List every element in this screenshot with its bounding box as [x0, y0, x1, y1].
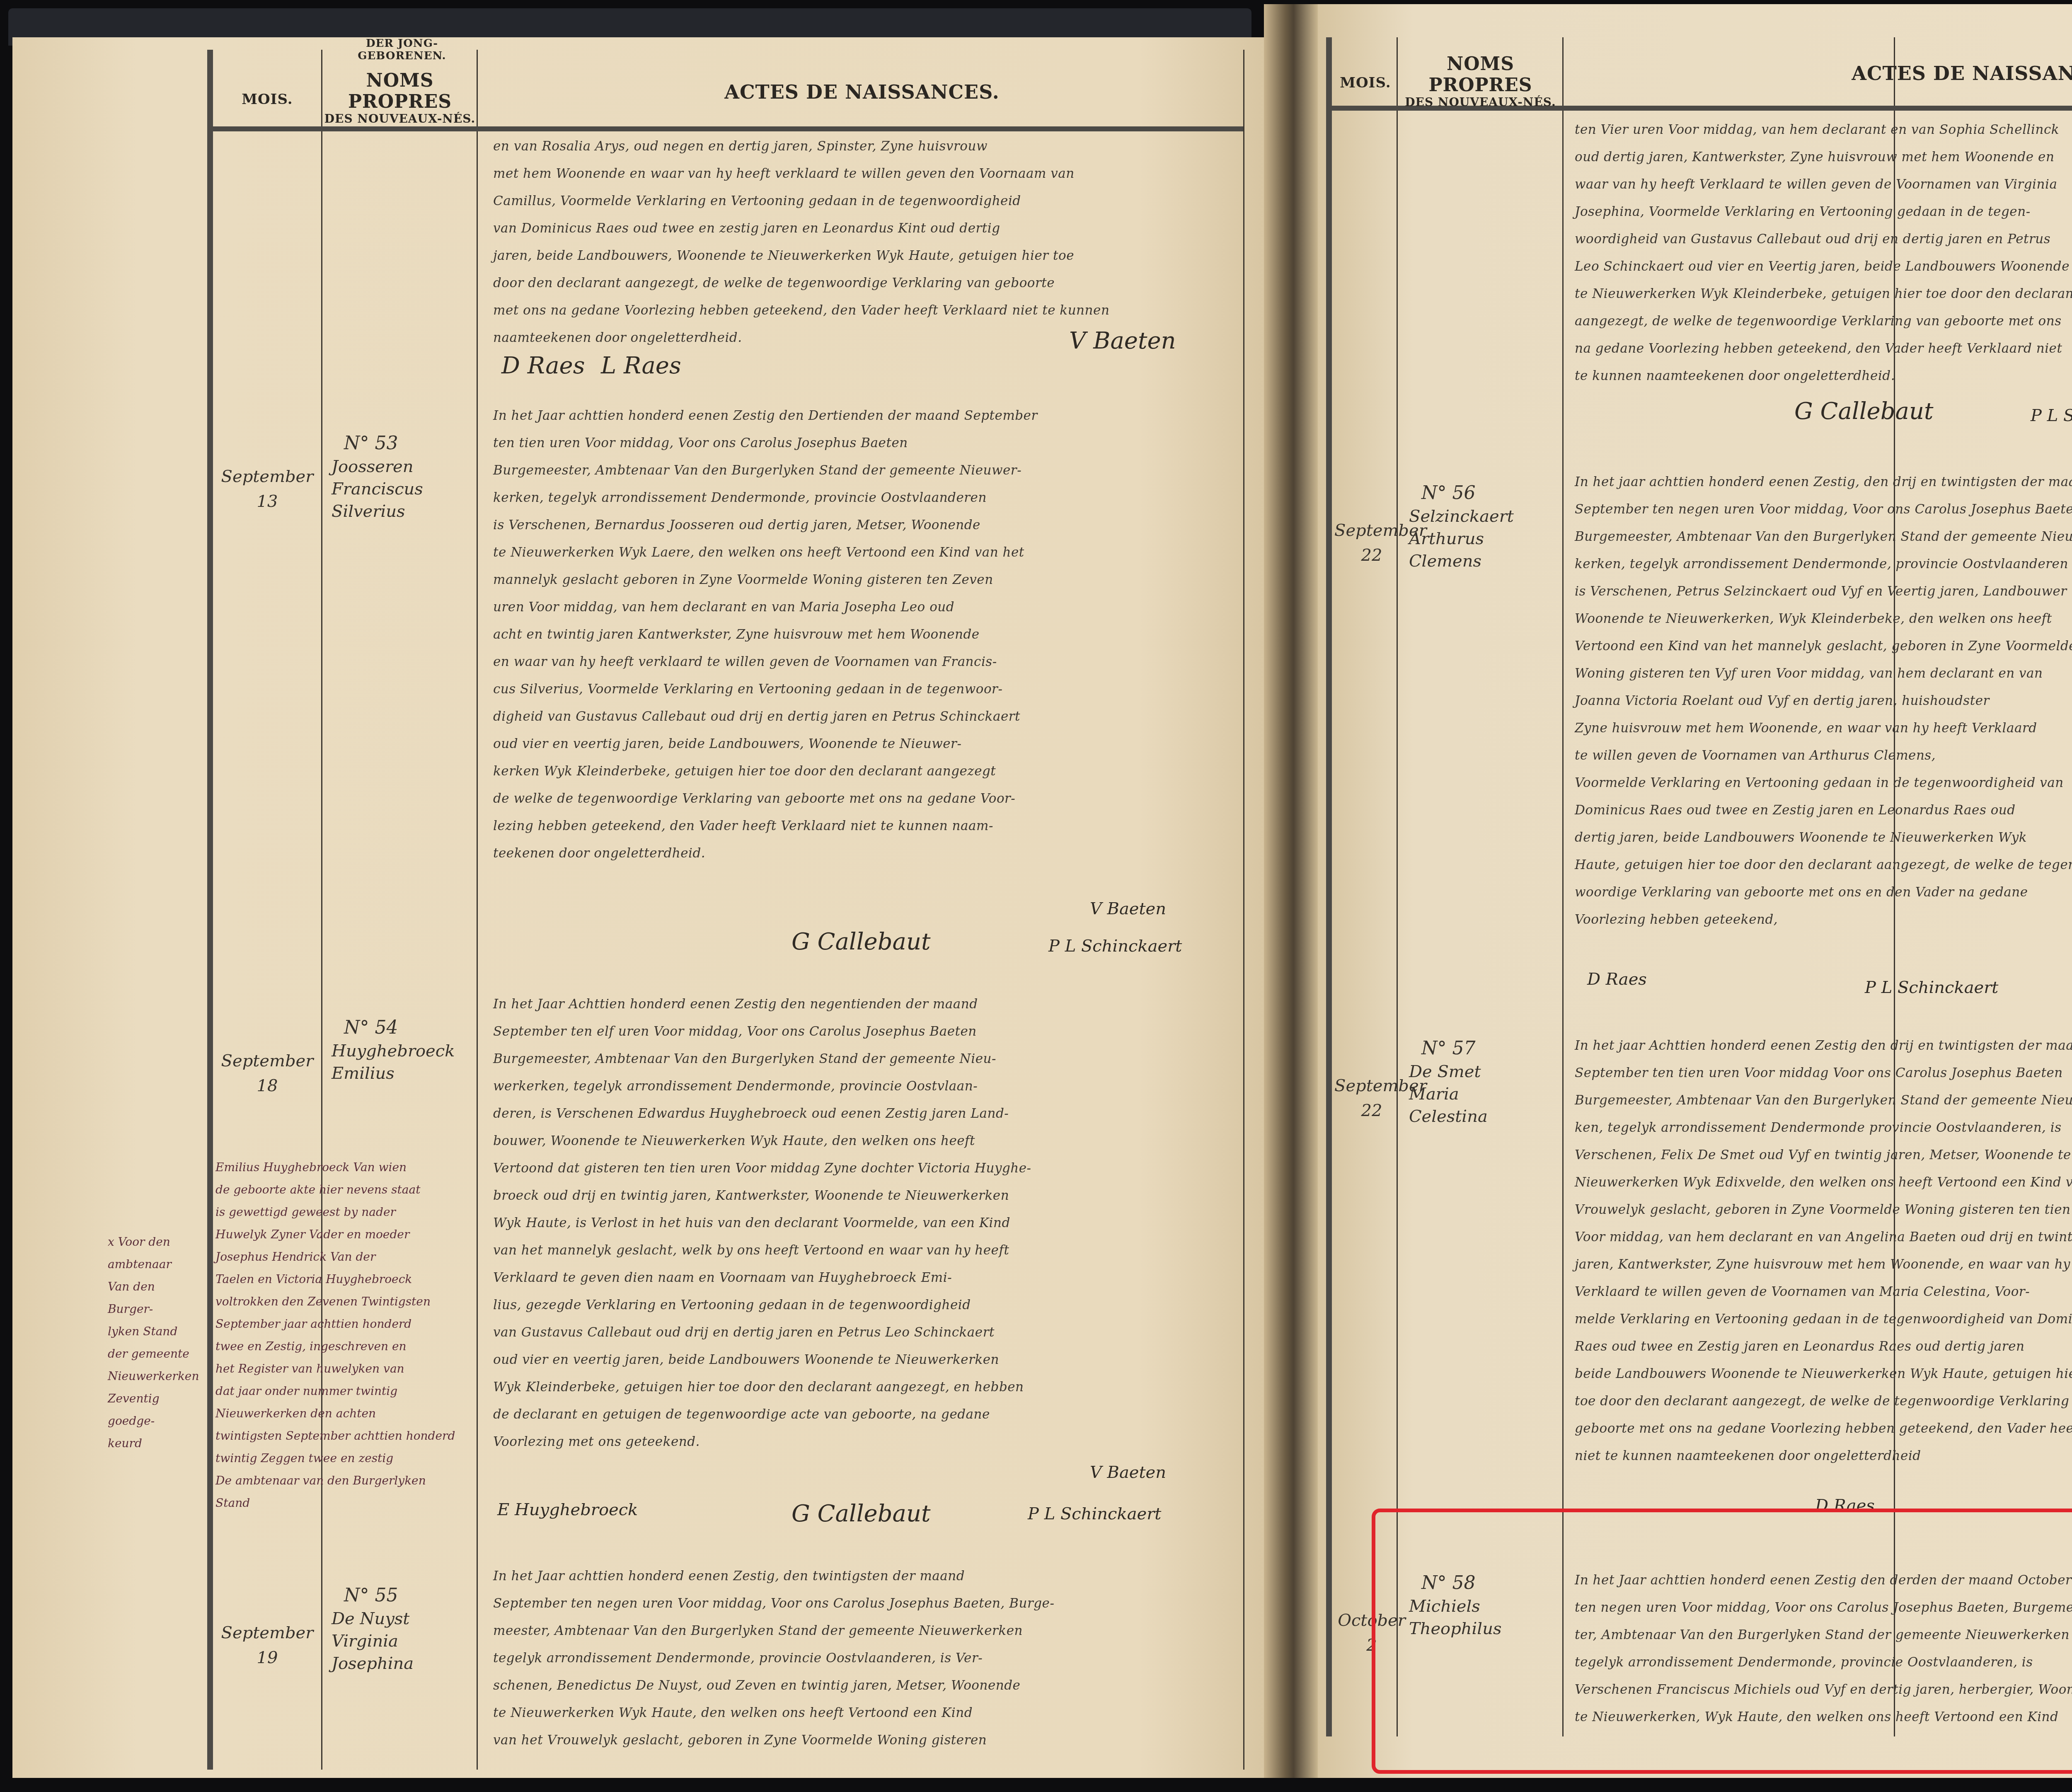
text-line: de declarant en getuigen de tegenwoordig… [493, 1401, 1239, 1428]
note-line: is gewettigd geweest by nader [215, 1201, 472, 1223]
text-line: en waar van hy heeft verklaard te willen… [493, 648, 1239, 676]
right-continuation-text: ten Vier uren Voor middag, van hem decla… [1575, 116, 2072, 390]
text-line: kerken Wyk Kleinderbeke, getuigen hier t… [493, 758, 1239, 785]
note-line: het Register van huwelyken van [215, 1358, 472, 1380]
text-line: deren, is Verschenen Edwardus Huyghebroe… [493, 1100, 1239, 1127]
text-line: kerken, tegelyk arrondissement Dendermon… [493, 484, 1239, 511]
text-line: Leo Schinckaert oud vier en Veertig jare… [1575, 253, 2072, 280]
left-page: DER JONG-GEBORENEN. MOIS. NOMS PROPRES D… [12, 37, 1264, 1778]
signature-callebaut-2: G Callebaut [792, 1500, 931, 1527]
entry-55-date: September 19 [211, 1620, 323, 1670]
note-line: twintigsten September achttien honderd [215, 1425, 472, 1447]
note-line: voltrokken den Zevenen Twintigsten [215, 1291, 472, 1313]
entry-day: 19 [211, 1645, 323, 1670]
text-line: kerken, tegelyk arrondissement Dendermon… [1575, 550, 2072, 578]
note-line: Nieuwerkerken den achten [215, 1402, 472, 1425]
note-line: De ambtenaar van den Burgerlyken [215, 1470, 472, 1492]
entry-day: 22 [1334, 543, 1409, 568]
text-line: Josephina, Voormelde Verklaring en Verto… [1575, 198, 2072, 225]
text-line: meester, Ambtenaar Van den Burgerlyken S… [493, 1617, 1239, 1644]
text-line: Zyne huisvrouw met hem Woonende, en waar… [1575, 714, 2072, 742]
name-line: Virginia [332, 1630, 506, 1652]
text-line: met hem Woonende en waar van hy heeft ve… [493, 160, 1239, 187]
text-line: met ons na gedane Voorlezing hebben gete… [493, 297, 1239, 324]
entry-53-date: September 13 [211, 464, 323, 514]
text-line: Raes oud twee en Zestig jaren en Leonard… [1575, 1333, 2072, 1360]
signature-d-raes: D Raes [501, 352, 585, 379]
entry-56-date: September 22 [1334, 518, 1409, 568]
signature-baeten-2: V Baeten [1090, 1463, 1166, 1482]
note-line: Nieuwerkerken [108, 1365, 199, 1388]
text-line: van het mannelyk geslacht, welk by ons h… [493, 1237, 1239, 1264]
text-line: lius, gezegde Verklaring en Vertooning g… [493, 1291, 1239, 1319]
header-noms-line2: DES NOUVEAUX-NÉS. [1399, 96, 1562, 109]
entry-54-name: N° 54 Huyghebroeck Emilius [332, 1015, 506, 1085]
text-line: te Nieuwerkerken Wyk Kleinderbeke, getui… [1575, 280, 2072, 308]
signature-schinckaert-2: P L Schinckaert [1028, 1504, 1161, 1523]
text-line: melde Verklaring en Vertooning gedaan in… [1575, 1305, 2072, 1333]
name-line: Arthurus [1409, 528, 1575, 550]
column-divider-mois [1397, 37, 1398, 1736]
text-line: Voorlezing hebben geteekend, [1575, 906, 2072, 933]
text-line: dertig jaren, beide Landbouwers Woonende… [1575, 824, 2072, 851]
left-margin-rule [207, 50, 213, 1770]
note-line: Zeventig goedge- [108, 1388, 199, 1432]
signature-callebaut: G Callebaut [792, 928, 931, 955]
text-line: oud vier en veertig jaren, beide Landbou… [493, 1346, 1239, 1373]
text-line: Voormelde Verklaring en Vertooning gedaa… [1575, 769, 2072, 797]
text-line: Burgemeester, Ambtenaar Van den Burgerly… [493, 457, 1239, 484]
entry-53-text: In het Jaar achttien honderd eenen Zesti… [493, 402, 1239, 867]
name-line: Clemens [1409, 550, 1575, 572]
note-line: Emilius Huyghebroeck Van wien [215, 1156, 472, 1179]
note-line: keurd [108, 1432, 199, 1455]
entry-number: N° 55 [332, 1583, 506, 1608]
text-line: woordigheid van Gustavus Callebaut oud d… [1575, 225, 2072, 253]
left-continuation-text: en van Rosalia Arys, oud negen en dertig… [493, 133, 1239, 351]
name-line: Huyghebroeck [332, 1040, 506, 1062]
book-spine-gutter [1264, 4, 1318, 1778]
name-line: Josephina [332, 1652, 506, 1675]
signature-schinckaert-3: P L Schinckaert [2031, 406, 2072, 425]
note-line: Josephus Hendrick Van der [215, 1246, 472, 1268]
header-mois: MOIS. [215, 91, 319, 108]
text-line: September ten negen uren Voor middag, Vo… [493, 1590, 1239, 1617]
text-line: Burgemeester, Ambtenaar Van den Burgerly… [493, 1045, 1239, 1073]
text-line: digheid van Gustavus Callebaut oud drij … [493, 703, 1239, 730]
name-line: Selzinckaert [1409, 505, 1575, 528]
text-line: Dominicus Raes oud twee en Zestig jaren … [1575, 797, 2072, 824]
text-line: In het Jaar Achttien honderd eenen Zesti… [493, 990, 1239, 1018]
text-line: te Nieuwerkerken Wyk Laere, den welken o… [493, 539, 1239, 566]
name-line: Joosseren [332, 455, 506, 478]
entry-57-text: In het jaar Achttien honderd eenen Zesti… [1575, 1032, 2072, 1470]
name-line: Maria [1409, 1083, 1575, 1105]
text-line: Camillus, Voormelde Verklaring en Vertoo… [493, 187, 1239, 215]
text-line: schenen, Benedictus De Nuyst, oud Zeven … [493, 1672, 1239, 1699]
text-line: Voor middag, van hem declarant en van An… [1575, 1223, 2072, 1251]
text-line: Woonende te Nieuwerkerken, Wyk Kleinderb… [1575, 605, 2072, 632]
text-line: aangezegt, de welke de tegenwoordige Ver… [1575, 308, 2072, 335]
entry-number: N° 53 [332, 431, 506, 455]
note-line: Van den Burger- [108, 1276, 199, 1320]
signature-l-raes: L Raes [601, 352, 681, 379]
note-line: der gemeente [108, 1343, 199, 1365]
text-line: te Nieuwerkerken Wyk Haute, den welken o… [493, 1699, 1239, 1727]
text-line: Nieuwerkerken Wyk Edixvelde, den welken … [1575, 1169, 2072, 1196]
entry-54-outer-margin-note: x Voor den ambtenaar Van den Burger- lyk… [108, 1231, 199, 1455]
header-actes-de-naissances: ACTES DE NAISSANCES. [481, 81, 1243, 103]
text-line: van Dominicus Raes oud twee en zestig ja… [493, 215, 1239, 242]
entry-55-text: In het Jaar achttien honderd eenen Zesti… [493, 1562, 1239, 1754]
text-line: Wyk Kleinderbeke, getuigen hier toe door… [493, 1373, 1239, 1401]
text-line: Verklaard te willen geven de Voornamen v… [1575, 1278, 2072, 1305]
column-divider-actes [1243, 50, 1244, 1770]
text-line: jaren, Kantwerkster, Zyne huisvrouw met … [1575, 1251, 2072, 1278]
entry-day: 18 [211, 1073, 323, 1098]
text-line: ten tien uren Voor middag, Voor ons Caro… [493, 429, 1239, 457]
entry-54-text: In het Jaar Achttien honderd eenen Zesti… [493, 990, 1239, 1455]
note-line: twintig Zeggen twee en zestig [215, 1447, 472, 1470]
header-rule [211, 126, 1243, 131]
text-line: September ten negen uren Voor middag, Vo… [1575, 496, 2072, 523]
signature-callebaut-3: G Callebaut [1794, 398, 1934, 425]
entry-53-name: N° 53 Joosseren Franciscus Silverius [332, 431, 506, 523]
text-line: Joanna Victoria Roelant oud Vyf en derti… [1575, 687, 2072, 714]
signature-v-baeten: V Baeten [1069, 327, 1176, 354]
text-line: Burgemeester, Ambtenaar Van den Burgerly… [1575, 523, 2072, 550]
entry-number: N° 57 [1409, 1036, 1575, 1061]
text-line: en van Rosalia Arys, oud negen en dertig… [493, 133, 1239, 160]
name-line: Celestina [1409, 1105, 1575, 1128]
text-line: te willen geven de Voornamen van Arthuru… [1575, 742, 2072, 769]
text-line: Vertoond een Kind van het mannelyk gesla… [1575, 632, 2072, 660]
text-line: Vertoond dat gisteren ten tien uren Voor… [493, 1155, 1239, 1182]
note-line: twee en Zestig, ingeschreven en [215, 1335, 472, 1358]
signature-baeten: V Baeten [1090, 899, 1166, 918]
text-line: na gedane Voorlezing hebben geteekend, d… [1575, 335, 2072, 362]
text-line: toe door den declarant aangezegt, de wel… [1575, 1388, 2072, 1415]
text-line: mannelyk geslacht geboren in Zyne Voorme… [493, 566, 1239, 593]
entry-54-legitimation-note: Emilius Huyghebroeck Van wien de geboort… [215, 1156, 472, 1514]
text-line: ten Vier uren Voor middag, van hem decla… [1575, 116, 2072, 143]
text-line: tegelyk arrondissement Dendermonde, prov… [493, 1644, 1239, 1672]
text-line: cus Silverius, Voormelde Verklaring en V… [493, 676, 1239, 703]
note-line: x Voor den [108, 1231, 199, 1253]
text-line: werkerken, tegelyk arrondissement Dender… [493, 1073, 1239, 1100]
header-noms-line1: NOMS PROPRES [1429, 53, 1532, 96]
text-line: bouwer, Woonende te Nieuwerkerken Wyk Ha… [493, 1127, 1239, 1155]
entry-day: 13 [211, 489, 323, 514]
text-line: ken, tegelyk arrondissement Dendermonde … [1575, 1114, 2072, 1141]
text-line: Verklaard te geven dien naam en Voornaam… [493, 1264, 1239, 1291]
entry-number: N° 56 [1409, 481, 1575, 505]
text-line: door den declarant aangezegt, de welke d… [493, 269, 1239, 297]
text-line: oud dertig jaren, Kantwerkster, Zyne hui… [1575, 143, 2072, 171]
signature-schinckaert: P L Schinckaert [1048, 937, 1182, 956]
text-line: uren Voor middag, van hem declarant en v… [493, 593, 1239, 621]
entry-day: 22 [1334, 1098, 1409, 1123]
text-line: jaren, beide Landbouwers, Woonende te Ni… [493, 242, 1239, 269]
text-line: In het jaar achttien honderd eenen Zesti… [1575, 468, 2072, 496]
signature-d-raes: D Raes [1587, 970, 1647, 989]
note-line: Taelen en Victoria Huyghebroeck [215, 1268, 472, 1291]
header-noms-propres: NOMS PROPRES DES NOUVEAUX-NÉS. [1399, 54, 1562, 109]
text-line: van het Vrouwelyk geslacht, geboren in Z… [493, 1727, 1239, 1754]
text-line: de welke de tegenwoordige Verklaring van… [493, 785, 1239, 812]
text-line: lezing hebben geteekend, den Vader heeft… [493, 812, 1239, 840]
text-line: niet te kunnen naamteekenen door ongelet… [1575, 1442, 2072, 1470]
text-line: Wyk Haute, is Verlost in het huis van de… [493, 1209, 1239, 1237]
note-line: lyken Stand [108, 1320, 199, 1343]
note-line: Stand [215, 1492, 472, 1514]
text-line: woordige Verklaring van geboorte met ons… [1575, 879, 2072, 906]
name-line: Franciscus [332, 478, 506, 500]
entry-month: September [1334, 1073, 1409, 1098]
note-line: ambtenaar [108, 1253, 199, 1276]
text-line: In het jaar Achttien honderd eenen Zesti… [1575, 1032, 2072, 1059]
signature-huyghebroeck: E Huyghebroeck [497, 1500, 638, 1519]
text-line: is Verschenen, Bernardus Joosseren oud d… [493, 511, 1239, 539]
text-line: beide Landbouwers Woonende te Nieuwerker… [1575, 1360, 2072, 1388]
entry-57-date: September 22 [1334, 1073, 1409, 1123]
signature-schinckaert-4: P L Schinckaert [1865, 978, 1998, 997]
text-line: Haute, getuigen hier toe door den declar… [1575, 851, 2072, 879]
text-line: waar van hy heeft Verklaard te willen ge… [1575, 171, 2072, 198]
header-der-jong-geborenen: DER JONG-GEBORENEN. [327, 37, 477, 62]
entry-number: N° 54 [332, 1015, 506, 1040]
text-line: teekenen door ongeletterdheid. [493, 840, 1239, 867]
name-line: De Smet [1409, 1061, 1575, 1083]
entry-month: September [211, 464, 323, 489]
entry-55-name: N° 55 De Nuyst Virginia Josephina [332, 1583, 506, 1675]
name-line: Emilius [332, 1062, 506, 1085]
text-line: In het Jaar achttien honderd eenen Zesti… [493, 1562, 1239, 1590]
text-line: In het Jaar achttien honderd eenen Zesti… [493, 402, 1239, 429]
entry-54-date: September 18 [211, 1049, 323, 1098]
text-line: Woning gisteren ten Vyf uren Voor middag… [1575, 660, 2072, 687]
text-line: acht en twintig jaren Kantwerkster, Zyne… [493, 621, 1239, 648]
note-line: de geboorte akte hier nevens staat [215, 1179, 472, 1201]
text-line: is Verschenen, Petrus Selzinckaert oud V… [1575, 578, 2072, 605]
entry-month: September [211, 1620, 323, 1645]
entry-56-name: N° 56 Selzinckaert Arthurus Clemens [1409, 481, 1575, 572]
column-divider-noms [477, 50, 478, 1770]
text-line: Vrouwelyk geslacht, geboren in Zyne Voor… [1575, 1196, 2072, 1223]
entry-month: September [1334, 518, 1409, 543]
text-line: Burgemeester, Ambtenaar Van den Burgerly… [1575, 1087, 2072, 1114]
header-noms-propres: NOMS PROPRES DES NOUVEAUX-NÉS. [323, 70, 477, 126]
text-line: Verschenen, Felix De Smet oud Vyf en twi… [1575, 1141, 2072, 1169]
entry-month: September [211, 1049, 323, 1073]
column-divider-noms [1562, 37, 1564, 1736]
text-line: broeck oud drij en twintig jaren, Kantwe… [493, 1182, 1239, 1209]
note-line: Huwelyk Zyner Vader en moeder [215, 1223, 472, 1246]
entry-57-name: N° 57 De Smet Maria Celestina [1409, 1036, 1575, 1128]
text-line: September ten tien uren Voor middag Voor… [1575, 1059, 2072, 1087]
text-line: oud vier en veertig jaren, beide Landbou… [493, 730, 1239, 758]
name-line: De Nuyst [332, 1608, 506, 1630]
text-line: September ten elf uren Voor middag, Voor… [493, 1018, 1239, 1045]
note-line: dat jaar onder nummer twintig [215, 1380, 472, 1402]
text-line: geboorte met ons na gedane Voorlezing he… [1575, 1415, 2072, 1442]
text-line: van Gustavus Callebaut oud drij en derti… [493, 1319, 1239, 1346]
text-line: te kunnen naamteekenen door ongeletterdh… [1575, 362, 2072, 390]
header-actes-de-naissances: ACTES DE NAISSANCES. [1566, 62, 2072, 85]
entry-56-text: In het jaar achttien honderd eenen Zesti… [1575, 468, 2072, 933]
header-noms-line2: DES NOUVEAUX-NÉS. [323, 112, 477, 126]
header-mois: MOIS. [1334, 75, 1397, 91]
note-line: September jaar achttien honderd [215, 1313, 472, 1335]
text-line: Voorlezing met ons geteekend. [493, 1428, 1239, 1455]
header-noms-line1: NOMS PROPRES [348, 70, 452, 112]
name-line: Silverius [332, 500, 506, 523]
right-margin-rule-inner [1326, 37, 1332, 1736]
highlight-box-entry-58 [1372, 1509, 2072, 1774]
